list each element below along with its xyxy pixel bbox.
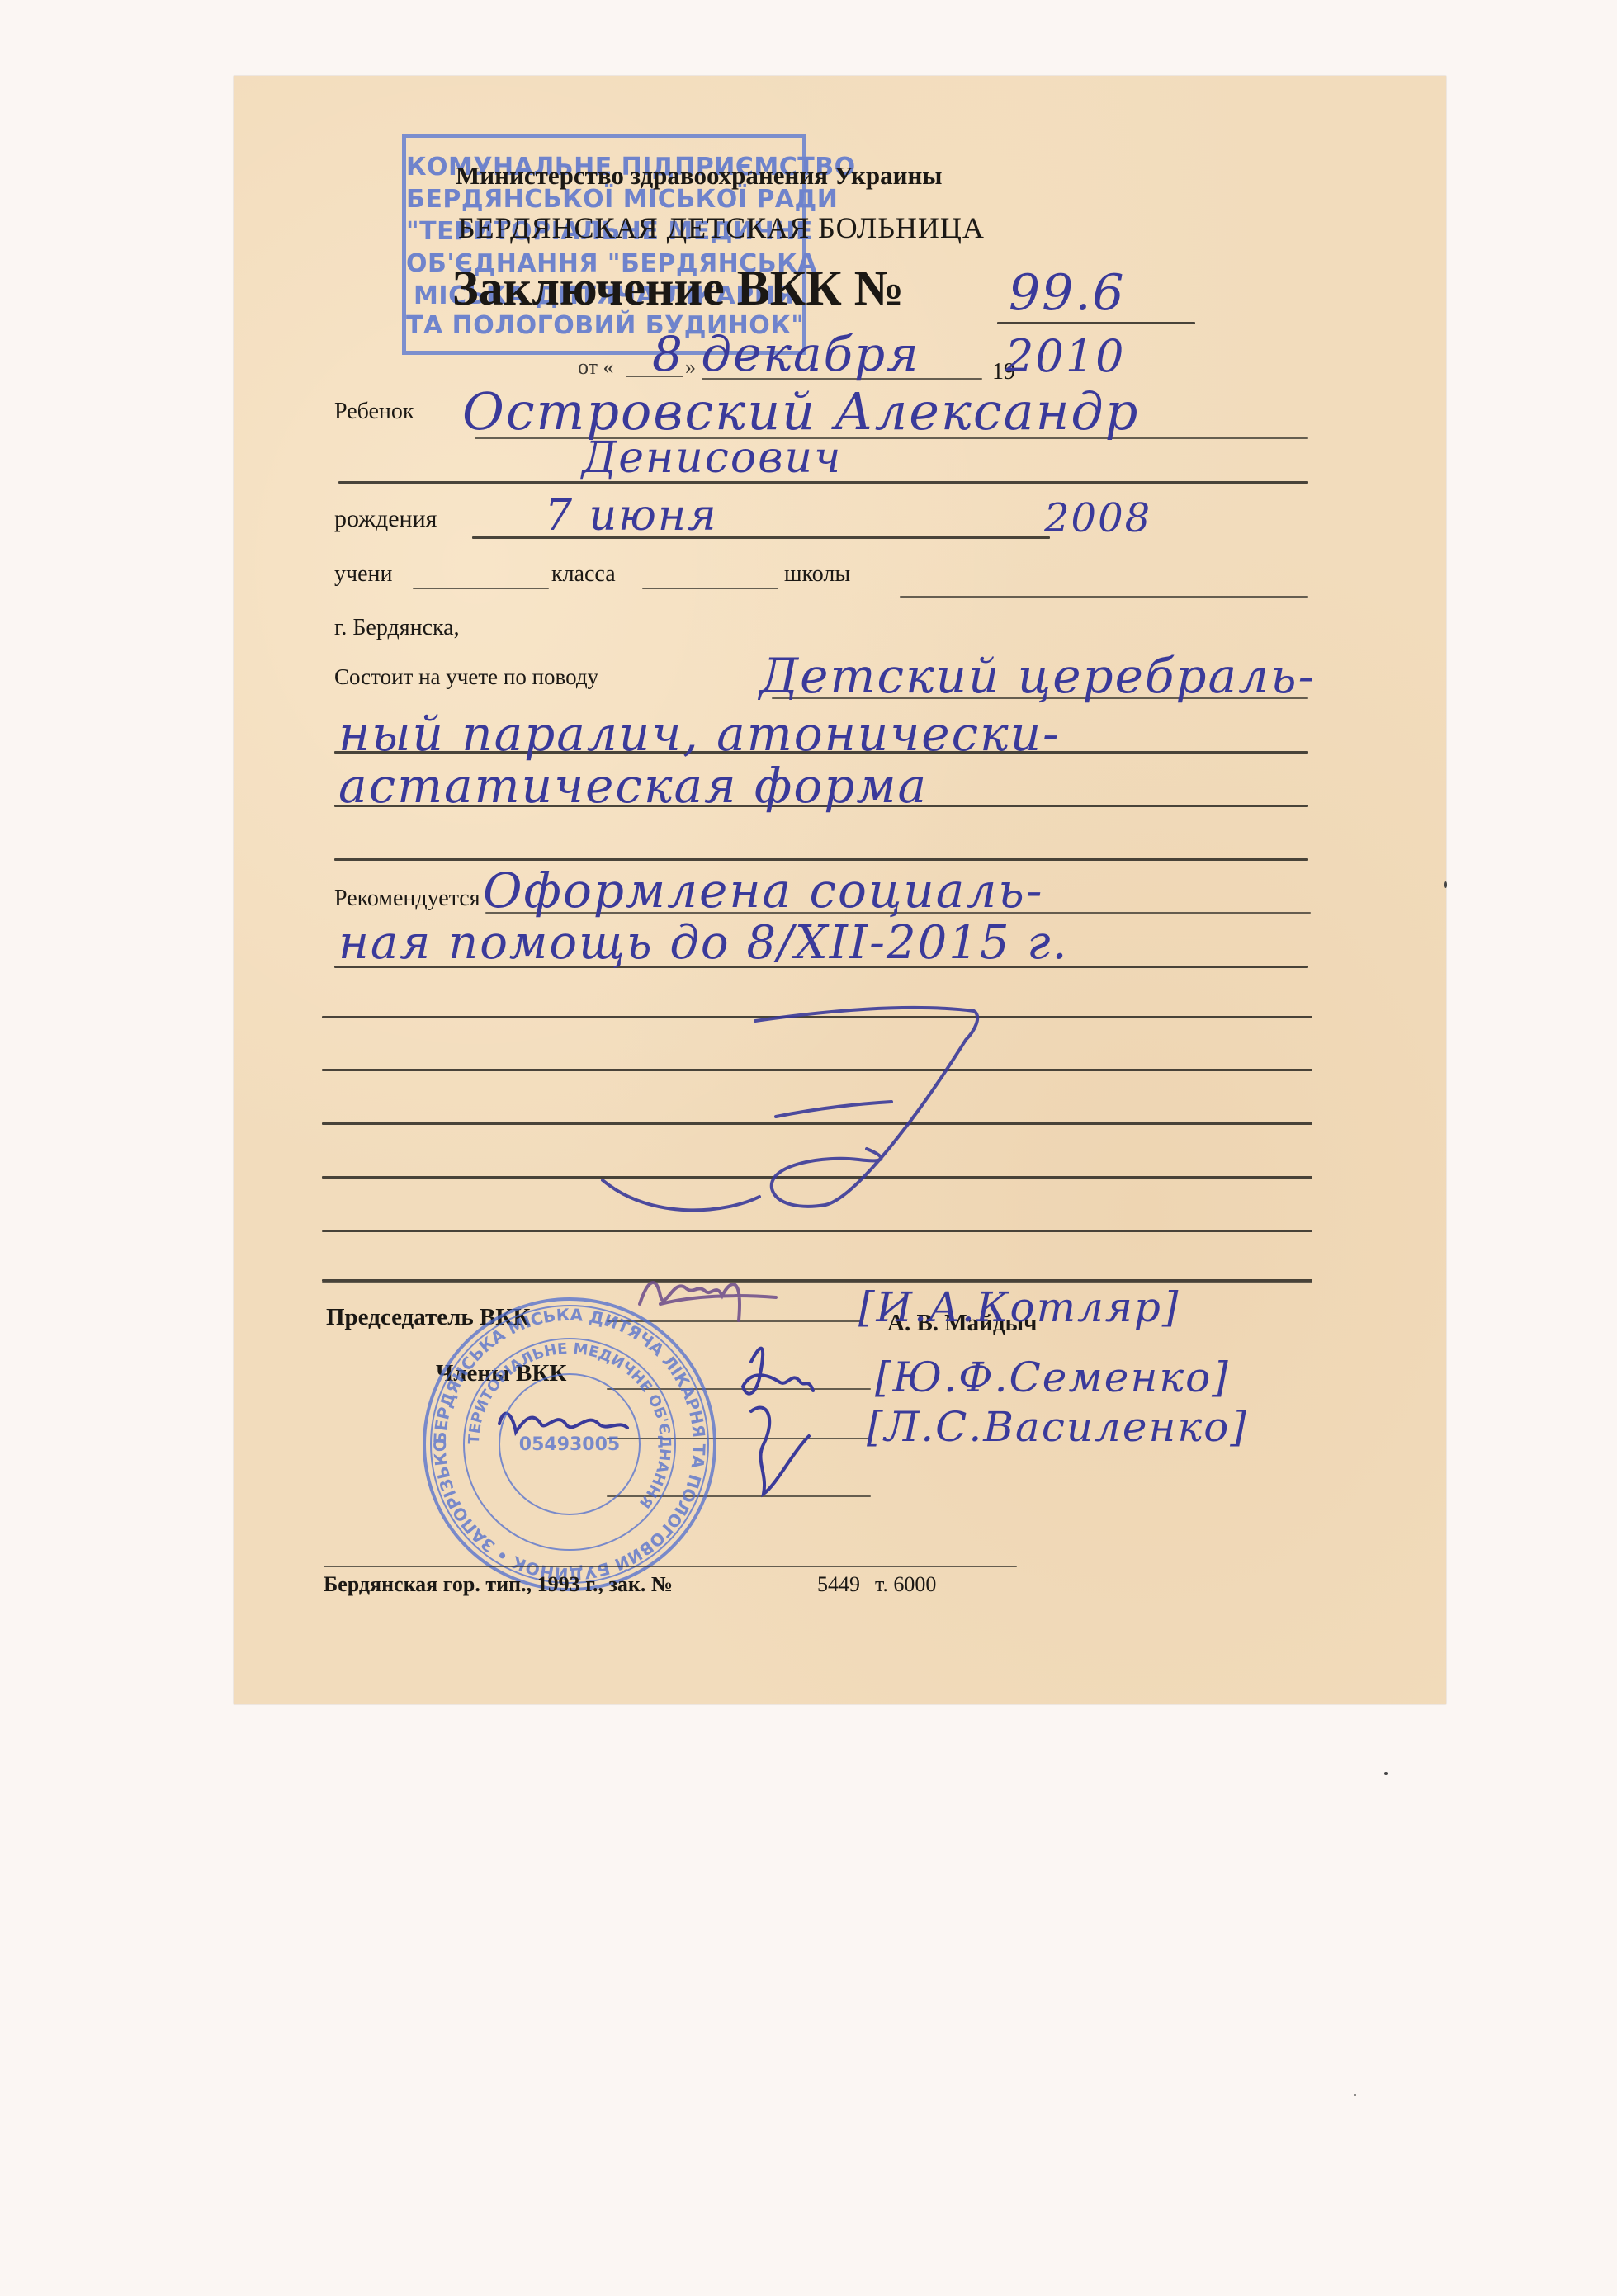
child-name-line2: Денисович	[582, 433, 842, 483]
recommend-line1: Оформлена социаль-	[483, 862, 1043, 919]
city-label: г. Бердянска,	[334, 615, 460, 641]
diagnosis-line2: ный паралич, атонически-	[338, 706, 1061, 762]
recommend-label: Рекомендуется	[334, 886, 480, 912]
pupil-underline	[413, 588, 549, 589]
blank-line	[334, 858, 1308, 861]
birth-year: 2008	[1044, 495, 1151, 541]
birth-date: 7 июня	[545, 491, 718, 541]
round-stamp-code: 05493005	[519, 1434, 620, 1455]
svg-text:ТЕРИТОРІАЛЬНЕ МЕДИЧНЕ ОБ'ЄДНАН: ТЕРИТОРІАЛЬНЕ МЕДИЧНЕ ОБ'ЄДНАННЯ	[466, 1340, 674, 1511]
hospital-heading: БЕРДЯНСКАЯ ДЕТСКАЯ БОЛЬНИЦА	[458, 210, 985, 245]
class-underline	[642, 588, 778, 589]
diagnosis-line3: астатическая форма	[338, 758, 928, 814]
school-label: школы	[784, 561, 850, 588]
member1-handwritten-name: [Ю.Ф.Семенко]	[875, 1354, 1230, 1401]
round-seal-stamp: БЕРДЯНСЬКА МІСЬКА ДИТЯЧА ЛІКАРНЯ ТА ПОЛО…	[417, 1292, 722, 1597]
document-number: 99.6	[1009, 264, 1126, 322]
dust-speck	[1354, 2094, 1356, 2096]
footer-rule	[324, 1566, 1017, 1567]
school-underline	[900, 596, 1308, 598]
registered-label: Состоит на учете по поводу	[334, 664, 598, 690]
diagnosis-line1: Детский церебраль-	[759, 648, 1316, 704]
strikethrough-z-mark	[314, 966, 1345, 1279]
order-number: 5449	[817, 1572, 860, 1597]
class-label: класса	[551, 561, 616, 588]
print-run: т. 6000	[875, 1572, 936, 1597]
imprint-text: Бердянская гор. тип., 1993 г., зак. №	[324, 1572, 673, 1597]
dust-speck	[1384, 1772, 1388, 1775]
dust-speck	[1444, 881, 1447, 888]
year-handwritten: 2010	[1005, 330, 1125, 382]
birth-label: рождения	[334, 505, 437, 533]
document-title: Заключение ВКК №	[452, 260, 904, 317]
date-prefix: от «	[578, 355, 614, 380]
ministry-heading: Министерство здравоохранения Украины	[456, 161, 943, 191]
recommend-line2: ная помощь до 8/XII-2015 г.	[338, 916, 1068, 970]
child-label: Ребенок	[334, 399, 414, 425]
pupil-label: учени	[334, 561, 392, 588]
number-underline	[997, 322, 1195, 324]
round-stamp-inner-text: ТЕРИТОРІАЛЬНЕ МЕДИЧНЕ ОБ'ЄДНАННЯ	[466, 1340, 674, 1511]
date-handwritten: 8 декабря	[652, 326, 920, 382]
